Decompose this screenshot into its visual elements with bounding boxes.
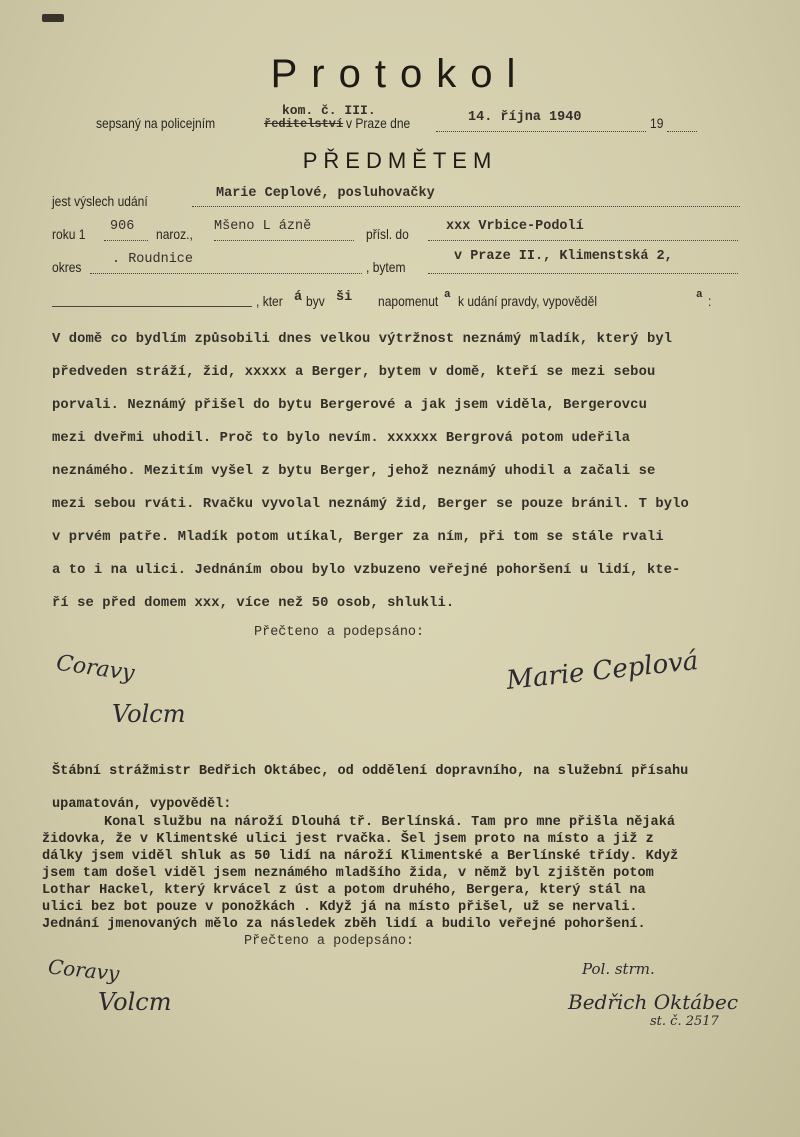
naroz-label: naroz., [156,226,193,242]
text-line: neznámého. Mezitím vyšel z bytu Berger, … [52,464,655,479]
text-line: ří se před domem xxx, více než 50 osob, … [52,596,454,611]
roku-line [104,240,148,241]
tape-mark [42,14,64,22]
text-line: jsem tam došel viděl jsem neznámého mlad… [42,866,654,881]
text-line: dálky jsem viděl shluk as 50 lidí na nár… [42,849,678,864]
read-signed-1: Přečteno a podepsáno: [254,625,424,640]
text-line: v prvém patře. Mladík potom utíkal, Berg… [52,530,664,545]
okres-line [90,273,362,274]
read-signed-2: Přečteno a podepsáno: [244,934,414,949]
struck-word: ředitelství [264,117,343,131]
text-line: V domě co bydlím způsobili dnes velkou v… [52,332,672,347]
signature-officer: Volcm [112,700,185,728]
bytem-label: , bytem [366,259,405,275]
text-line: ulici bez bot pouze v ponožkách . Když j… [42,900,638,915]
text-line: porvali. Neznámý přišel do bytu Bergerov… [52,398,647,413]
v-praze-dne-label: v Praze dne [346,115,410,131]
text-line: Štábní strážmistr Bedřich Oktábec, od od… [52,764,688,779]
bytem-value: v Praze II., Klimenstská 2, [454,249,673,264]
vypovedel-suffix: a [696,289,703,301]
naroz-value: Mšeno L ázně [214,219,311,234]
prisl-label: přísl. do [366,226,409,242]
date-line [436,131,646,132]
document-page: Protokol kom. č. III. sepsaný na policej… [0,0,800,1137]
signature-officer-2: Volcm [98,988,171,1016]
year-prefix: 19 [650,115,663,131]
prisl-line [428,240,738,241]
napomenut-suffix: a [444,289,451,301]
byv-suffix: ši [336,290,352,305]
signature-number: st. č. 2517 [650,1014,719,1029]
napomenut-label: napomenut [378,293,438,309]
year-line [667,131,697,132]
ktery-suffix: á [294,290,302,305]
vyslech-value: Marie Ceplové, posluhovačky [216,186,435,201]
okres-label: okres [52,259,81,275]
udani-label: k udání pravdy, vypověděl [458,293,597,309]
byv-label: byv [306,293,325,309]
prisl-value: xxx Vrbice-Podolí [446,219,584,234]
sepsany-label: sepsaný na policejním [96,115,215,131]
date-value: 14. října 1940 [468,110,581,125]
text-line: a to i na ulici. Jednáním obou bylo vzbu… [52,563,680,578]
text-line: upamatován, vypověděl: [52,797,231,812]
roku-label: roku 1 [52,226,85,242]
text-line: Jednání jmenovaných mělo za následek zbě… [42,917,646,932]
vyslech-line [192,206,740,207]
bytem-line [428,273,738,274]
text-line: mezi sebou rváti. Rvačku vyvolal neznámý… [52,497,689,512]
text-line: židovka, že v Klimentské ulici jest rvač… [42,832,654,847]
naroz-line [214,240,354,241]
signature-interpreter: Coravy [55,651,136,687]
okres-value: . Roudnice [112,252,193,267]
signature-ceplova: Marie Ceplová [505,646,700,696]
signature-rank: Pol. strm. [582,960,655,978]
vyslech-label: jest výslech udání [52,193,148,209]
text-line: Konal službu na nároží Dlouhá tř. Berlín… [104,815,675,830]
document-title: Protokol [0,52,800,97]
signature-interpreter-2: Coravy [47,954,121,985]
colon: : [708,293,711,309]
subject-heading: PŘEDMĚTEM [0,148,800,174]
text-line: předveden stráží, žid, xxxxx a Berger, b… [52,365,655,380]
text-line: mezi dveřmi uhodil. Proč to bylo nevím. … [52,431,630,446]
text-line: Lothar Hackel, který krvácel z úst a pot… [42,883,646,898]
signature-oktabec: Bedřich Oktábec [568,990,738,1014]
roku-value: 906 [110,219,134,234]
ktery-line [52,306,252,307]
ktery-label: , kter [256,293,283,309]
